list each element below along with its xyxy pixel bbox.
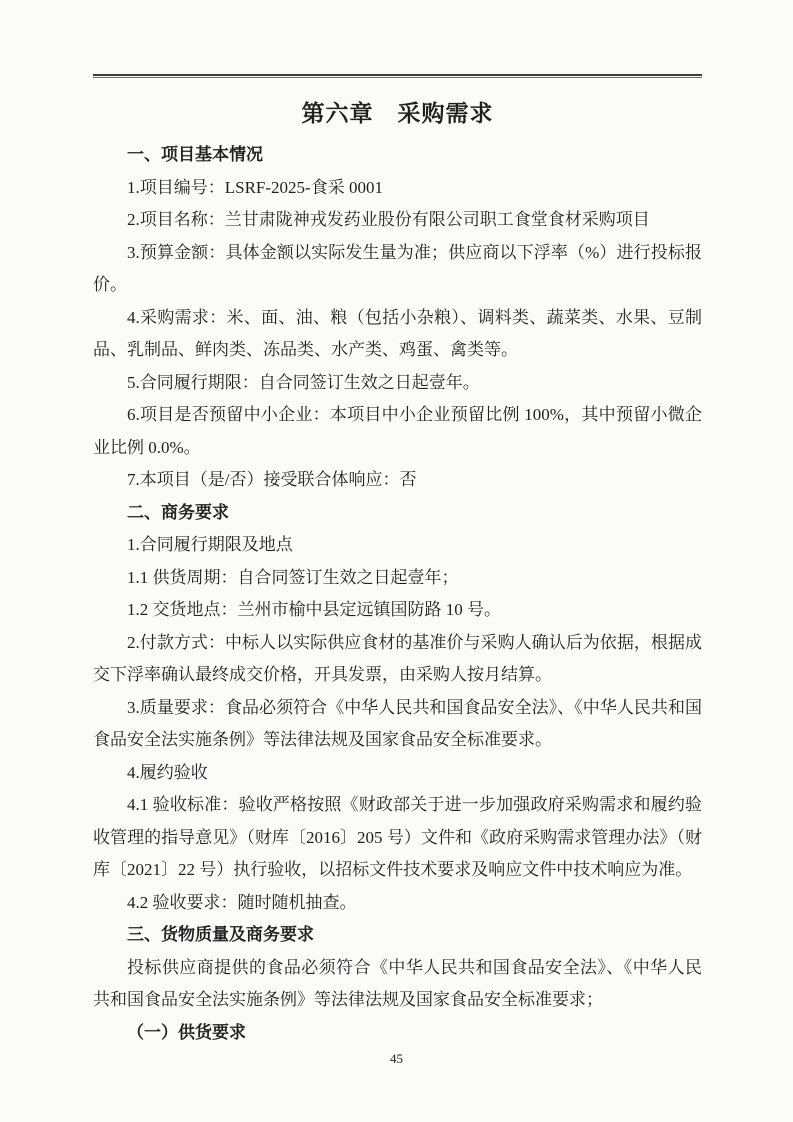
document-body: 一、项目基本情况 1.项目编号：LSRF-2025-食采 0001 2.项目名称… xyxy=(93,139,702,1049)
paragraph: 4.2 验收要求：随时随机抽查。 xyxy=(93,887,702,920)
paragraph: 投标供应商提供的食品必须符合《中华人民共和国食品安全法》、《中华人民共和国食品安… xyxy=(93,952,702,1017)
paragraph: 5.合同履行期限：自合同签订生效之日起壹年。 xyxy=(93,367,702,400)
paragraph: 2.项目名称：兰甘肃陇神戎发药业股份有限公司职工食堂食材采购项目 xyxy=(93,204,702,237)
section-heading: （一）供货要求 xyxy=(93,1017,702,1050)
paragraph: 1.1 供货周期：自合同签订生效之日起壹年； xyxy=(93,562,702,595)
paragraph: 3.预算金额：具体金额以实际发生量为准；供应商以下浮率（%）进行投标报价。 xyxy=(93,237,702,302)
paragraph: 3.质量要求：食品必须符合《中华人民共和国食品安全法》、《中华人民共和国食品安全… xyxy=(93,692,702,757)
paragraph: 2.付款方式：中标人以实际供应食材的基准价与采购人确认后为依据，根据成交下浮率确… xyxy=(93,627,702,692)
paragraph: 4.1 验收标准：验收严格按照《财政部关于进一步加强政府采购需求和履约验收管理的… xyxy=(93,789,702,887)
paragraph: 1.项目编号：LSRF-2025-食采 0001 xyxy=(93,172,702,205)
paragraph: 4.履约验收 xyxy=(93,757,702,790)
chapter-title: 第六章 采购需求 xyxy=(93,98,702,130)
page-content: 第六章 采购需求 一、项目基本情况 1.项目编号：LSRF-2025-食采 00… xyxy=(93,74,702,1049)
header-rule xyxy=(93,74,702,78)
paragraph: 7.本项目（是/否）接受联合体响应：否 xyxy=(93,464,702,497)
page-number: 45 xyxy=(0,1050,793,1068)
paragraph: 1.2 交货地点：兰州市榆中县定远镇国防路 10 号。 xyxy=(93,594,702,627)
section-heading: 一、项目基本情况 xyxy=(93,139,702,172)
paragraph: 4.采购需求：米、面、油、粮（包括小杂粮）、调料类、蔬菜类、水果、豆制品、乳制品… xyxy=(93,302,702,367)
section-heading: 三、货物质量及商务要求 xyxy=(93,919,702,952)
section-heading: 二、商务要求 xyxy=(93,497,702,530)
paragraph: 1.合同履行期限及地点 xyxy=(93,529,702,562)
paragraph: 6.项目是否预留中小企业：本项目中小企业预留比例 100%，其中预留小微企业比例… xyxy=(93,399,702,464)
document-page: 第六章 采购需求 一、项目基本情况 1.项目编号：LSRF-2025-食采 00… xyxy=(0,0,793,1122)
